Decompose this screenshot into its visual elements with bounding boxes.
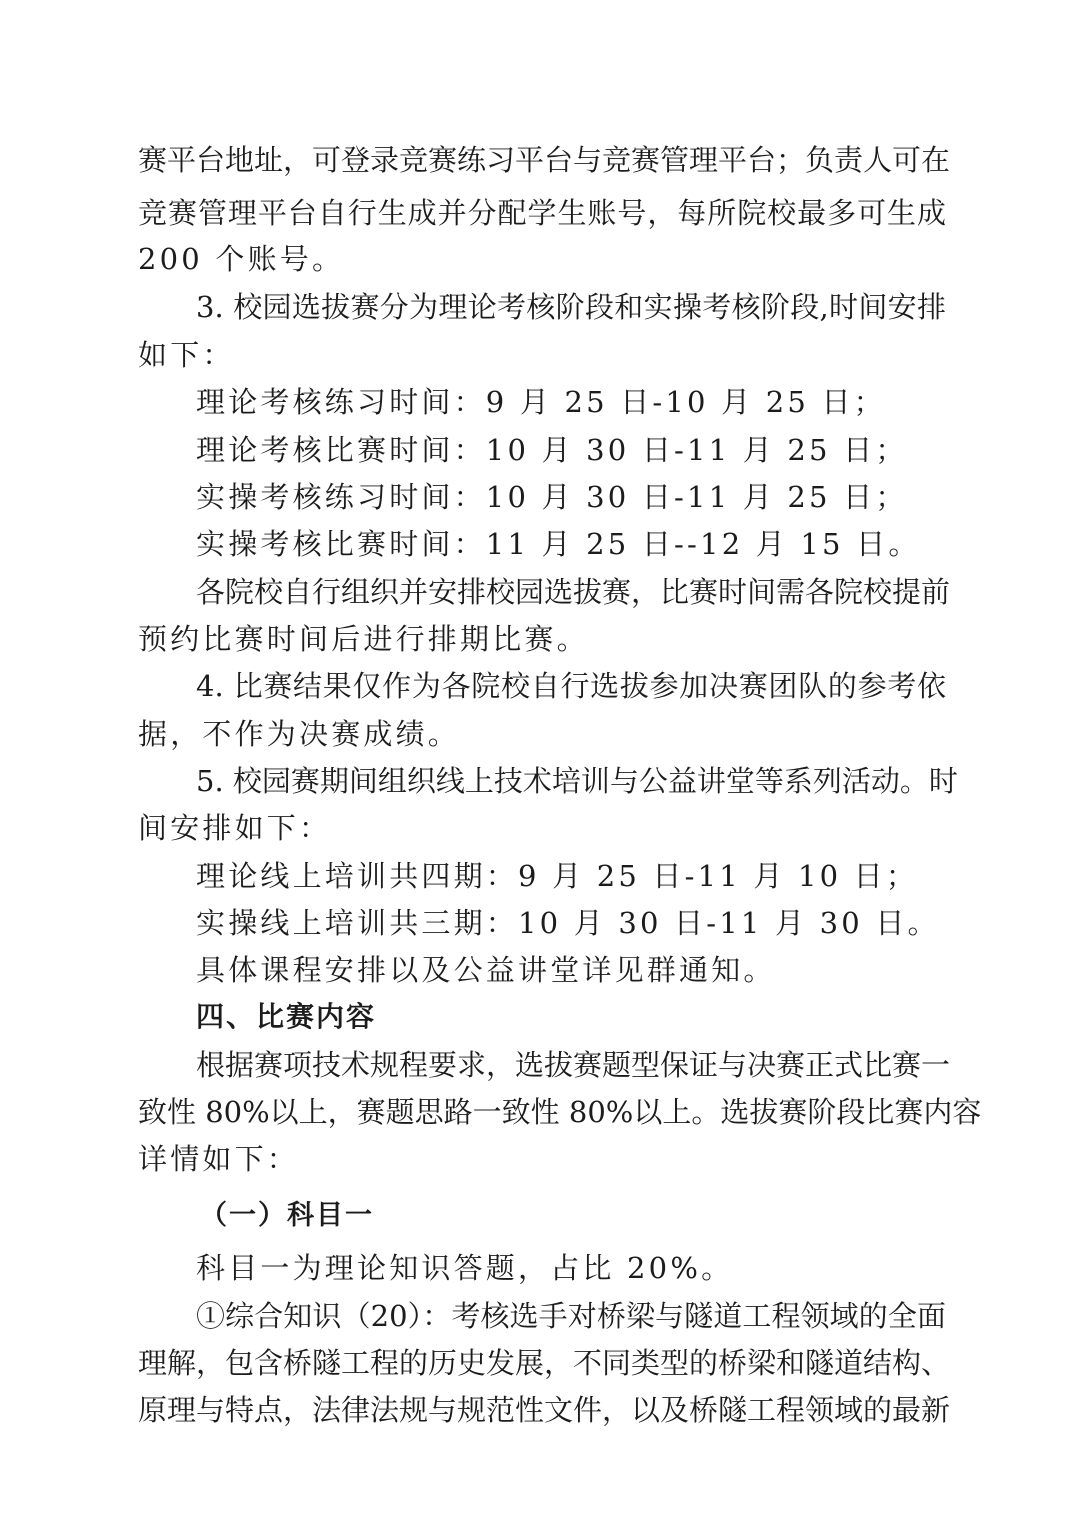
schedule-item: 理论考核练习时间：9 月 25 日-10 月 25 日； — [196, 382, 1004, 422]
section-heading: 四、比赛内容 — [196, 997, 1004, 1037]
document-page: 赛平台地址，可登录竞赛练习平台与竞赛管理平台；负责人可在 竞赛管理平台自行生成并… — [0, 0, 1080, 1528]
paragraph-line: 赛平台地址，可登录竞赛练习平台与竞赛管理平台；负责人可在 — [138, 140, 946, 180]
paragraph-line: 具体课程安排以及公益讲堂详见群通知。 — [196, 950, 1004, 990]
subsection-heading: （一）科目一 — [200, 1196, 1008, 1236]
schedule-item: 实操考核练习时间：10 月 30 日-11 月 25 日； — [196, 477, 1004, 517]
training-item: 实操线上培训共三期：10 月 30 日-11 月 30 日。 — [196, 903, 1004, 943]
paragraph-line: 各院校自行组织并安排校园选拔赛，比赛时间需各院校提前 — [196, 572, 946, 612]
list-item-4: 4. 比赛结果仅作为各院校自行选拔参加决赛团队的参考依 — [196, 666, 946, 706]
list-item-5: 5. 校园赛期间组织线上技术培训与公益讲堂等系列活动。时 — [196, 761, 946, 801]
schedule-item: 实操考核比赛时间：11 月 25 日--12 月 15 日。 — [196, 524, 1004, 564]
paragraph-line: 竞赛管理平台自行生成并分配学生账号，每所院校最多可生成 — [138, 193, 946, 233]
paragraph-line: 据，不作为决赛成绩。 — [138, 714, 946, 754]
paragraph-line: 致性 80%以上，赛题思路一致性 80%以上。选拔赛阶段比赛内容 — [138, 1092, 946, 1132]
schedule-item: 理论考核比赛时间：10 月 30 日-11 月 25 日； — [196, 430, 1004, 470]
list-item-3: 3. 校园选拔赛分为理论考核阶段和实操考核阶段,时间安排 — [196, 287, 946, 327]
paragraph-line: 预约比赛时间后进行排期比赛。 — [138, 619, 946, 659]
paragraph-line: 如下： — [138, 335, 946, 375]
paragraph-line: 间安排如下： — [138, 808, 946, 848]
paragraph-line: 200 个账号。 — [138, 239, 946, 279]
training-item: 理论线上培训共四期：9 月 25 日-11 月 10 日； — [196, 856, 1004, 896]
paragraph-line: 原理与特点，法律法规与规范性文件，以及桥隧工程领域的最新 — [138, 1390, 946, 1430]
paragraph-line: 科目一为理论知识答题，占比 20%。 — [196, 1248, 1004, 1288]
paragraph-line: 根据赛项技术规程要求，选拔赛题型保证与决赛正式比赛一 — [196, 1045, 946, 1085]
paragraph-line: 理解，包含桥隧工程的历史发展，不同类型的桥梁和隧道结构、 — [138, 1343, 946, 1383]
paragraph-line: 详情如下： — [138, 1139, 946, 1179]
paragraph-line: ①综合知识（20）：考核选手对桥梁与隧道工程领域的全面 — [196, 1296, 946, 1336]
